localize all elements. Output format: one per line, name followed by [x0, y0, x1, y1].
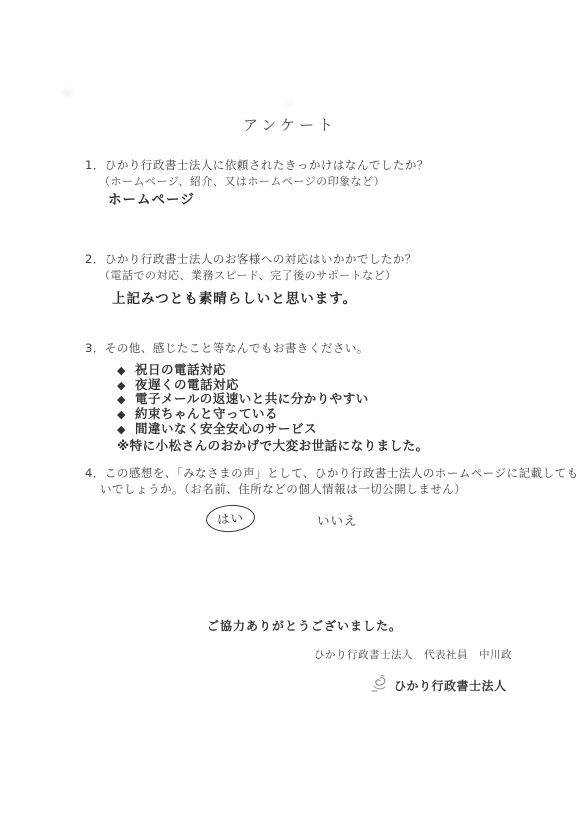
- question-3-number: 3．: [85, 341, 105, 355]
- closing-message: ご協力ありがとうございました。: [207, 617, 402, 634]
- list-item-label: 祝日の電話対応: [135, 362, 226, 377]
- swirl-logo-icon: [370, 674, 390, 696]
- diamond-bullet-icon: ◆: [117, 379, 135, 394]
- logo-text: ひかり行政書士法人: [394, 677, 507, 694]
- list-item: ◆約束ちゃんと守っている: [117, 407, 429, 422]
- question-4: 4．この感想を、「みなさまの声」として、ひかり行政書士法人のホームページに記載し…: [85, 465, 580, 481]
- scanned-survey-page: アンケート 1．ひかり行政書士法人に依頼されたきっかけはなんでしたか？ （ホーム…: [0, 0, 580, 820]
- question-1-number: 1．: [85, 158, 105, 172]
- question-2: 2．ひかり行政書士法人のお客様への対応はいかかでしたか？: [85, 251, 417, 267]
- list-item-label: 間違いなく安全安心のサービス: [135, 421, 317, 436]
- option-no: いいえ: [317, 511, 358, 529]
- question-3-answer-list: ◆祝日の電話対応 ◆夜遅くの電話対応 ◆電子メールの返速いと共に分かりやすい ◆…: [117, 363, 429, 454]
- list-item-label: 約束ちゃんと守っている: [135, 406, 278, 421]
- question-4-text-line2: いでしょうか。（お名前、住所などの個人情報は一切公開しません）: [100, 481, 466, 497]
- list-item-label: 電子メールの返速いと共に分かりやすい: [135, 391, 369, 406]
- list-item: ◆電子メールの返速いと共に分かりやすい: [117, 392, 429, 407]
- question-1-answer: ホームページ: [108, 188, 195, 208]
- selection-circle: はい: [205, 503, 256, 533]
- scan-smudge: [63, 90, 72, 96]
- diamond-bullet-icon: ◆: [117, 364, 135, 379]
- question-3-text: その他、感じたこと等なんでもお書きください。: [105, 341, 369, 355]
- company-logo: ひかり行政書士法人: [370, 674, 507, 696]
- question-2-number: 2．: [85, 252, 105, 266]
- scan-smudge: [287, 101, 294, 106]
- question-3-note: ※特に小松さんのおかげで大変お世話になりました。: [117, 436, 429, 454]
- list-item: ◆祝日の電話対応: [117, 363, 429, 378]
- question-4-number: 4．: [85, 466, 105, 480]
- question-3: 3．その他、感じたこと等なんでもお書きください。: [85, 340, 369, 356]
- option-yes: はい: [206, 505, 255, 532]
- question-4-text-line1: この感想を、「みなさまの声」として、ひかり行政書士法人のホームページに記載しても…: [105, 466, 580, 480]
- question-2-answer: 上記みつとも素晴らしいと思います。: [112, 287, 357, 307]
- list-item: ◆夜遅くの電話対応: [117, 378, 429, 393]
- diamond-bullet-icon: ◆: [117, 408, 135, 423]
- option-yes-label: はい: [217, 510, 245, 527]
- page-title: アンケート: [0, 114, 580, 135]
- question-2-hint: （電話での対応、業務スピード、完了後のサポートなど）: [99, 267, 397, 283]
- question-1: 1．ひかり行政書士法人に依頼されたきっかけはなんでしたか？: [85, 157, 429, 173]
- question-2-text: ひかり行政書士法人のお客様への対応はいかかでしたか？: [105, 252, 417, 266]
- question-1-hint: （ホームページ、紹介、又はホームページの印象など）: [99, 173, 385, 189]
- signature-line: ひかり行政書士法人 代表社員 中川政: [314, 647, 512, 662]
- question-1-text: ひかり行政書士法人に依頼されたきっかけはなんでしたか？: [105, 158, 429, 172]
- diamond-bullet-icon: ◆: [117, 423, 135, 438]
- list-item-label: 夜遅くの電話対応: [135, 377, 239, 392]
- list-item: ◆間違いなく安全安心のサービス: [117, 422, 429, 437]
- diamond-bullet-icon: ◆: [117, 393, 135, 408]
